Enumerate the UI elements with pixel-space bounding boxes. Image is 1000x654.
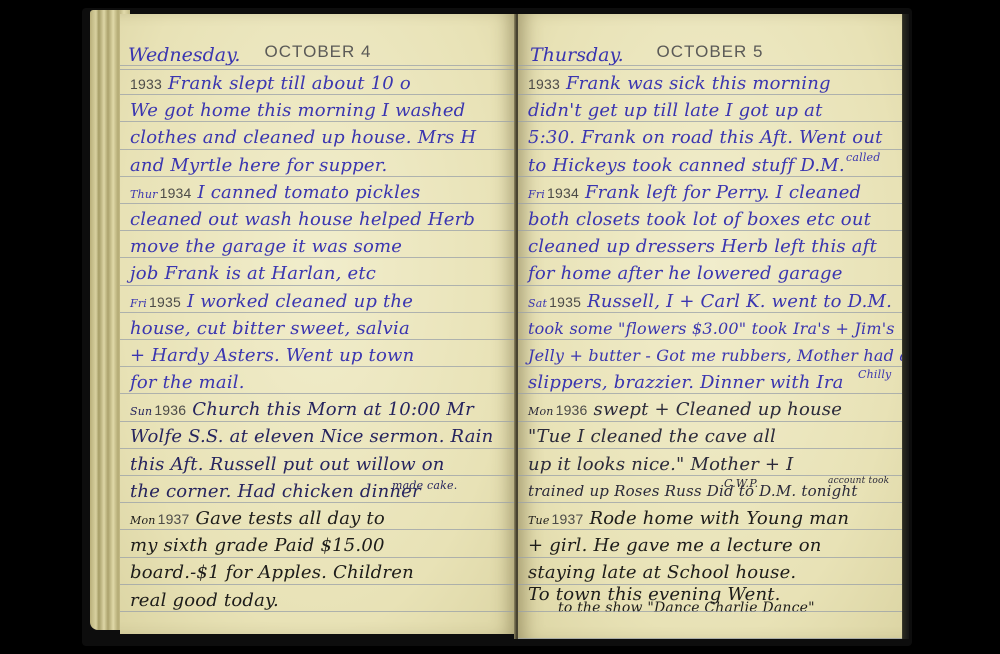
- ruled-line: [120, 121, 516, 122]
- entry-year: 1935: [149, 294, 181, 310]
- entry-line: to the show "Dance Charlie Dance": [528, 601, 896, 617]
- entry-line: real good today.: [130, 587, 510, 614]
- ruled-line: [120, 421, 516, 422]
- insert-note: Chilly: [858, 361, 891, 388]
- entry-line: + girl. He gave me a lecture on: [528, 532, 896, 559]
- left-entries: 1933Frank slept till about 10 o We got h…: [130, 70, 510, 614]
- entry-line: trained up Roses Russ Did to D.M. tonigh…: [528, 478, 896, 505]
- entry-day-abbr: Sat: [528, 297, 547, 310]
- ruled-line: [518, 257, 902, 258]
- ruled-line: [518, 285, 902, 286]
- entry-line: Tue1937Rode home with Young man: [528, 505, 896, 532]
- entry-line: took some "flowers $3.00" took Ira's + J…: [528, 315, 896, 342]
- entry-year: 1936: [556, 402, 588, 418]
- entry-line: and Myrtle here for supper.: [130, 152, 510, 179]
- entry-line: cleaned out wash house helped Herb: [130, 206, 510, 233]
- header-rule: [120, 65, 516, 66]
- entry-line: staying late at School house.: [528, 559, 896, 586]
- ruled-line: [518, 176, 902, 177]
- entry-year: 1937: [158, 511, 190, 527]
- ruled-line: [120, 557, 516, 558]
- entry-line: didn't get up till late I got up at: [528, 97, 896, 124]
- left-page: Wednesday. OCTOBER 4 1933Frank slept til…: [120, 14, 516, 634]
- entry-day-abbr: Sun: [130, 405, 152, 418]
- ruled-line: [518, 230, 902, 231]
- right-entries: 1933Frank was sick this morning didn't g…: [528, 70, 896, 617]
- entry-line: job Frank is at Harlan, etc: [130, 260, 510, 287]
- entry-year: 1937: [552, 511, 584, 527]
- ruled-line: [120, 529, 516, 530]
- ruled-line: [518, 393, 902, 394]
- entry-line: Sat1935Russell, I + Carl K. went to D.M.: [528, 288, 896, 315]
- entry-line: Fri1934Frank left for Perry. I cleaned: [528, 179, 896, 206]
- entry-line: 1933Frank slept till about 10 o: [130, 70, 510, 97]
- entry-line: board.-$1 for Apples. Children: [130, 559, 510, 586]
- entry-line: 1933Frank was sick this morning: [528, 70, 896, 97]
- entry-line: Fri1935I worked cleaned up the: [130, 288, 510, 315]
- ruled-line: [518, 121, 902, 122]
- ruled-line: [120, 94, 516, 95]
- ruled-line: [120, 393, 516, 394]
- entry-year: 1936: [154, 402, 186, 418]
- entry-year: 1933: [528, 76, 560, 92]
- entry-year: 1934: [547, 185, 579, 201]
- entry-line: slippers, brazzier. Dinner with IraChill…: [528, 369, 896, 396]
- entry-line: Thur1934I canned tomato pickles: [130, 179, 510, 206]
- entry-line: to Hickeys took canned stuff D.M.called: [528, 152, 896, 179]
- entry-line: my sixth grade Paid $15.00: [130, 532, 510, 559]
- ruled-line: [518, 475, 902, 476]
- ruled-line: [120, 502, 516, 503]
- entry-line: the corner. Had chicken dinnermade cake.: [130, 478, 510, 505]
- ruled-line: [120, 584, 516, 585]
- ruled-line: [518, 203, 902, 204]
- ruled-line: [120, 285, 516, 286]
- entry-day-abbr: Fri: [130, 297, 147, 310]
- entry-line: cleaned up dressers Herb left this aft: [528, 233, 896, 260]
- entry-year: 1935: [549, 294, 581, 310]
- ruled-line: [120, 230, 516, 231]
- entry-line: "Tue I cleaned the cave all: [528, 423, 896, 450]
- ruled-line: [120, 149, 516, 150]
- entry-day-abbr: Fri: [528, 188, 545, 201]
- ruled-line: [120, 448, 516, 449]
- ruled-line: [120, 257, 516, 258]
- ruled-line: [518, 312, 902, 313]
- ruled-line: [120, 176, 516, 177]
- entry-line: house, cut bitter sweet, salvia: [130, 315, 510, 342]
- ruled-line: [518, 529, 902, 530]
- ruled-line: [518, 584, 902, 585]
- ruled-line: [120, 366, 516, 367]
- insert-note: C.W.P.: [724, 470, 758, 497]
- entry-line: Wolfe S.S. at eleven Nice sermon. Rain: [130, 423, 510, 450]
- ruled-line: [518, 421, 902, 422]
- entry-day-abbr: Mon: [528, 405, 554, 418]
- right-page: Thursday. OCTOBER 5 1933Frank was sick t…: [518, 14, 902, 639]
- ruled-line: [518, 502, 902, 503]
- entry-line: Mon1936swept + Cleaned up house: [528, 396, 896, 423]
- ruled-line: [120, 611, 516, 612]
- entry-line: for home after he lowered garage: [528, 260, 896, 287]
- entry-line: Sun1936Church this Morn at 10:00 Mr: [130, 396, 510, 423]
- ruled-line: [518, 611, 902, 612]
- entry-year: 1933: [130, 76, 162, 92]
- entry-line: To town this evening Went.: [528, 587, 896, 601]
- entry-day-abbr: Tue: [528, 514, 550, 527]
- ruled-line: [120, 475, 516, 476]
- entry-line: clothes and cleaned up house. Mrs H: [130, 124, 510, 151]
- ruled-line: [518, 448, 902, 449]
- entry-line: 5:30. Frank on road this Aft. Went out: [528, 124, 896, 151]
- ruled-line: [120, 339, 516, 340]
- left-date-header: OCTOBER 4: [120, 42, 516, 62]
- entry-day-abbr: Thur: [130, 188, 158, 201]
- ruled-line: [518, 638, 902, 639]
- ruled-line: [518, 149, 902, 150]
- entry-line: both closets took lot of boxes etc out: [528, 206, 896, 233]
- entry-line: We got home this morning I washed: [130, 97, 510, 124]
- entry-line: Jelly + butter - Got me rubbers, Mother …: [528, 342, 896, 369]
- right-date-header: OCTOBER 5: [518, 42, 902, 62]
- ruled-line: [518, 557, 902, 558]
- ruled-line: [518, 94, 902, 95]
- entry-year: 1934: [160, 185, 192, 201]
- insert-note: account took: [828, 468, 889, 495]
- entry-line: Mon1937Gave tests all day to: [130, 505, 510, 532]
- entry-line: for the mail.: [130, 369, 510, 396]
- ruled-line: [120, 312, 516, 313]
- entry-line: move the garage it was some: [130, 233, 510, 260]
- ruled-line: [120, 203, 516, 204]
- header-rule: [518, 65, 902, 66]
- entry-line: + Hardy Asters. Went up town: [130, 342, 510, 369]
- ruled-line: [518, 366, 902, 367]
- ruled-line: [518, 339, 902, 340]
- entry-day-abbr: Mon: [130, 514, 156, 527]
